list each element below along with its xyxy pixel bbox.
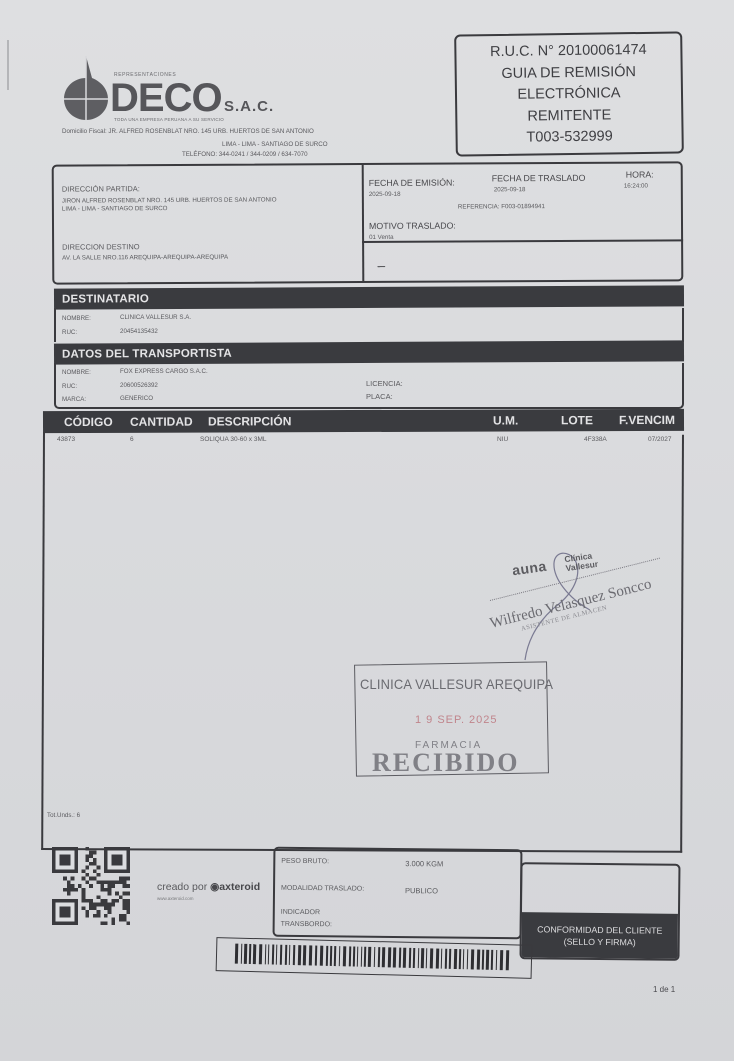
col-expiry: F.VENCIM — [619, 413, 675, 427]
doc-number: T003-532999 — [457, 125, 681, 150]
document-page: REPRESENTACIONES DECO S.A.C. TODA UNA EM… — [0, 0, 734, 1061]
stamp-title: CLINICA VALLESUR AREQUIPA — [360, 676, 553, 692]
weight-label: PESO BRUTO: — [281, 858, 329, 865]
stamp-date: 1 9 SEP. 2025 — [415, 714, 498, 726]
col-code: CÓDIGO — [64, 415, 113, 429]
created-by-url: www.axteroid.com — [157, 896, 194, 901]
item-lot: 4F338A — [584, 436, 607, 443]
recipient-section: NOMBRE: CLINICA VALLESUR S.A. RUC: 20454… — [54, 308, 684, 342]
origin-label: DIRECCIÓN PARTIDA: — [62, 184, 140, 193]
transfer-date-label: FECHA DE TRASLADO — [492, 173, 586, 183]
destination-value: AV. LA SALLE NRO.116 AREQUIPA-AREQUIPA-A… — [62, 254, 228, 262]
conformity-line2: (SELLO Y FIRMA) — [522, 935, 678, 949]
carrier-brand-label: MARCA: — [62, 396, 86, 403]
page-edge-mark — [7, 40, 9, 90]
recipient-ruc-label: RUC: — [62, 329, 77, 336]
axteroid-brand: ◉axteroid — [210, 881, 260, 893]
recipient-name-value: CLINICA VALLESUR S.A. — [120, 314, 191, 321]
company-tagline: TODA UNA EMPRESA PERUANA A SU SERVICIO — [114, 117, 224, 122]
document-id-box: R.U.C. N° 20100061474 GUIA DE REMISIÓN E… — [454, 31, 684, 156]
qr-code-icon — [52, 845, 130, 927]
company-phones: TELÉFONO: 344-0241 / 344-0209 / 634-7070 — [182, 151, 308, 158]
license-label: LICENCIA: — [366, 379, 403, 388]
emission-date-value: 2025-09-18 — [369, 191, 401, 198]
time-value: 16:24:00 — [624, 183, 648, 190]
conformity-line1: CONFORMIDAD DEL CLIENTE — [522, 923, 678, 937]
page-number: 1 de 1 — [653, 985, 675, 994]
shipment-details-box: PESO BRUTO: 3.000 KGM MODALIDAD TRASLADO… — [273, 847, 523, 940]
origin-line2: LIMA - LIMA - SANTIAGO DE SURCO — [62, 205, 168, 213]
total-units: Tot.Unds.: 6 — [47, 812, 80, 819]
shipment-info-box: DIRECCIÓN PARTIDA: JIRON ALFRED ROSENBLA… — [52, 161, 684, 284]
carrier-ruc-value: 20600526392 — [120, 382, 158, 389]
recipient-name-label: NOMBRE: — [62, 315, 91, 322]
col-um: U.M. — [493, 413, 518, 427]
divider — [362, 165, 365, 281]
time-label: HORA: — [626, 170, 654, 180]
plate-label: PLACA: — [366, 392, 393, 401]
created-by: creado por ◉axteroid — [157, 881, 260, 893]
placeholder-dots: •••••••••••••••••• — [377, 264, 384, 269]
reference: REFERENCIA: F003-01894941 — [458, 203, 545, 210]
company-name: DECO — [110, 78, 222, 118]
company-district: LIMA - LIMA - SANTIAGO DE SURCO — [222, 141, 328, 148]
company-suffix: S.A.C. — [224, 98, 274, 115]
modality-value: PUBLICO — [405, 886, 438, 895]
client-conformity-box: CONFORMIDAD DEL CLIENTE (SELLO Y FIRMA) — [519, 862, 680, 961]
col-quantity: CANTIDAD — [130, 415, 193, 429]
doc-title-3: REMITENTE — [457, 104, 681, 129]
deco-drop-logo-icon — [62, 54, 110, 122]
transshipment-label-2: TRANSBORDO: — [281, 921, 332, 929]
carrier-section: NOMBRE: FOX EXPRESS CARGO S.A.C. RUC: 20… — [54, 363, 684, 409]
item-description: SOLIQUA 30-60 x 3ML — [200, 436, 266, 443]
recipient-ruc-value: 20454135432 — [120, 328, 158, 335]
doc-title-2: ELECTRÓNICA — [457, 82, 681, 107]
weight-value: 3.000 KGM — [405, 859, 443, 868]
col-lot: LOTE — [561, 413, 593, 427]
created-by-prefix: creado por — [157, 881, 207, 893]
recipient-section-header: DESTINATARIO — [54, 285, 684, 309]
doc-title-1: GUIA DE REMISIÓN — [457, 61, 681, 86]
divider — [362, 239, 683, 243]
origin-line1: JIRON ALFRED ROSENBLAT NRO. 145 URB. HUE… — [62, 196, 277, 204]
barcode — [216, 937, 533, 979]
barcode-icon — [217, 938, 530, 976]
carrier-section-header: DATOS DEL TRANSPORTISTA — [54, 340, 684, 364]
company-address: Domicilio Fiscal: JR. ALFRED ROSENBLAT N… — [62, 128, 314, 135]
axteroid-brand-name: axteroid — [219, 881, 260, 893]
carrier-brand-value: GENERICO — [120, 395, 153, 402]
item-quantity: 6 — [130, 436, 134, 443]
emission-date-label: FECHA DE EMISIÓN: — [369, 178, 455, 188]
motive-label: MOTIVO TRASLADO: — [369, 221, 456, 231]
item-expiry: 07/2027 — [648, 436, 672, 443]
item-um: NIU — [497, 436, 508, 443]
col-description: DESCRIPCIÓN — [208, 414, 291, 428]
carrier-name-label: NOMBRE: — [62, 369, 91, 376]
stamp-status: RECIBIDO — [372, 748, 519, 778]
ruc-number: R.U.C. N° 20100061474 — [456, 39, 680, 64]
transfer-date-value: 2025-09-18 — [494, 186, 526, 193]
transshipment-label-1: INDICADOR — [281, 909, 320, 916]
motive-value: 01 Venta — [369, 234, 393, 241]
conformity-label: CONFORMIDAD DEL CLIENTE (SELLO Y FIRMA) — [522, 912, 678, 959]
carrier-ruc-label: RUC: — [62, 383, 77, 390]
destination-label: DIRECCION DESTINO — [62, 242, 140, 251]
items-table-header: CÓDIGO CANTIDAD DESCRIPCIÓN U.M. LOTE F.… — [43, 409, 684, 433]
modality-label: MODALIDAD TRASLADO: — [281, 885, 364, 893]
carrier-name-value: FOX EXPRESS CARGO S.A.C. — [120, 368, 208, 375]
item-code: 43873 — [57, 436, 75, 443]
